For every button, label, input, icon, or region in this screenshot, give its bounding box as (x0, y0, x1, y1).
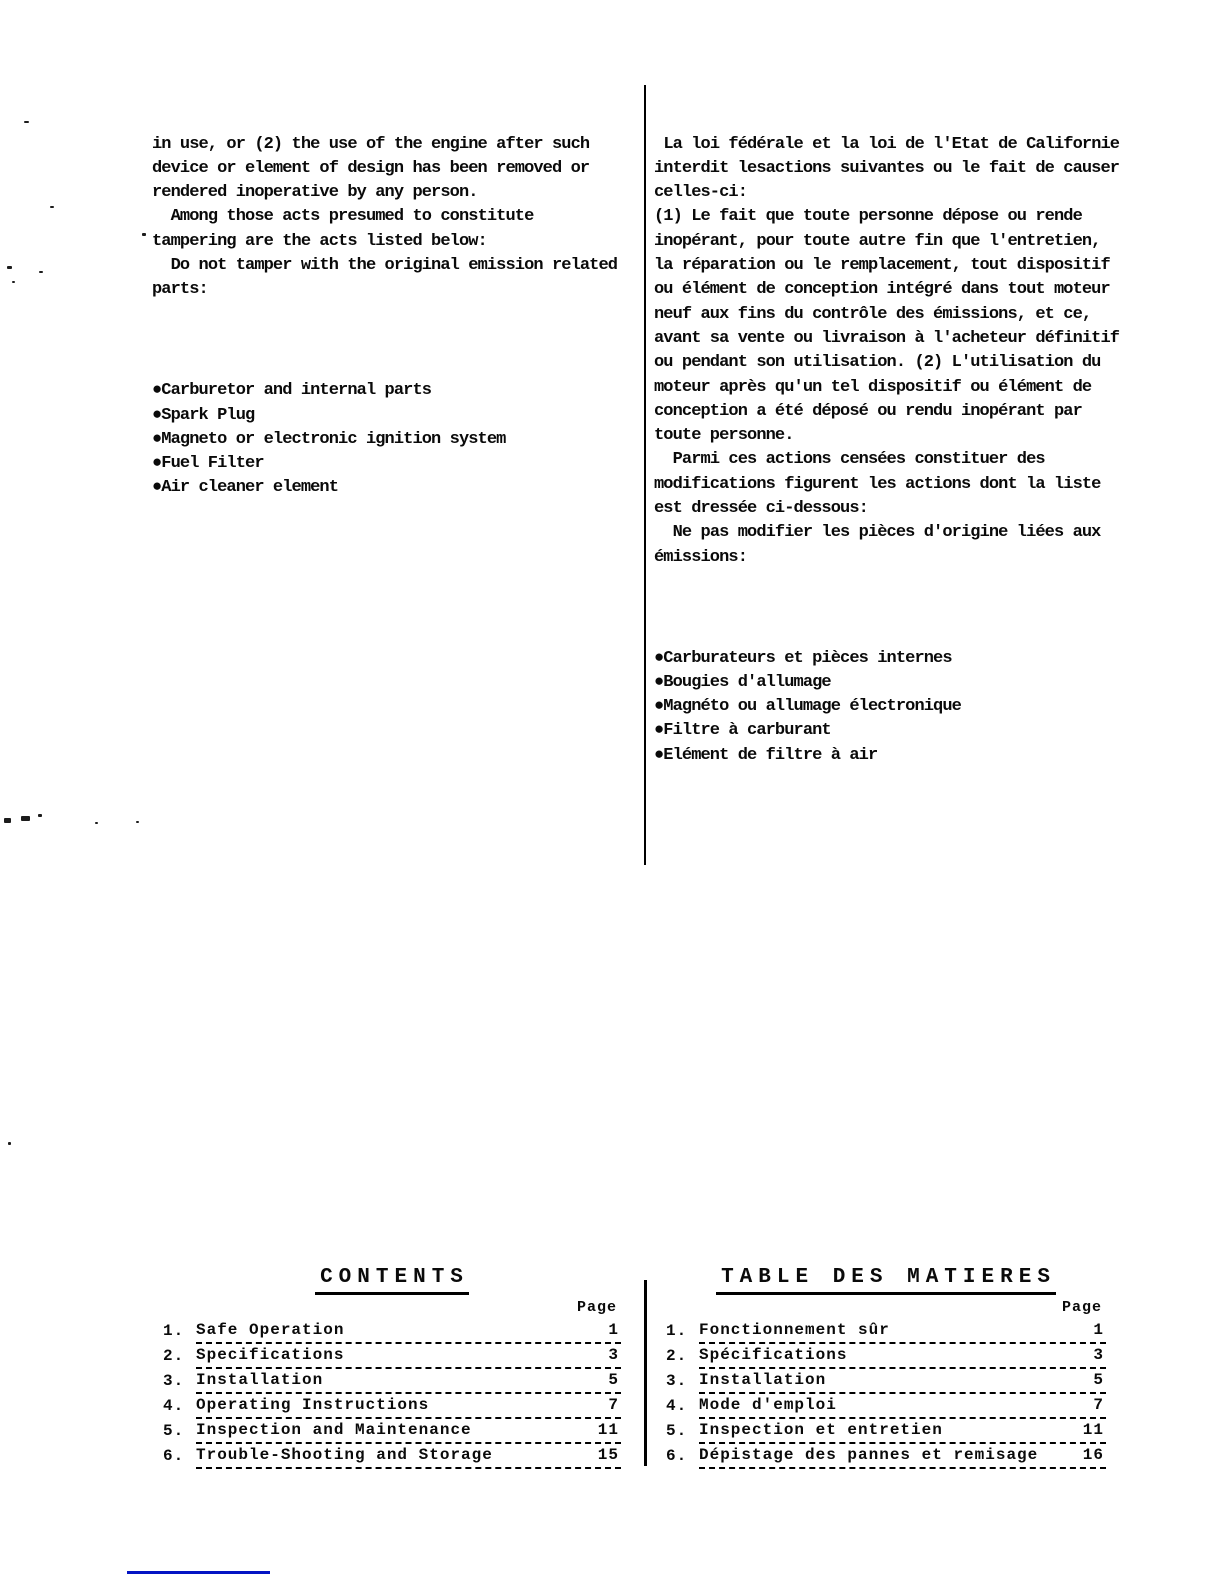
contents-divider (644, 1280, 647, 1466)
scan-speck (12, 281, 15, 283)
toc-leader-line: Specifications 3 (196, 1346, 621, 1369)
toc-item-page: 11 (598, 1421, 621, 1439)
toc-leader-line: Safe Operation 1 (196, 1321, 621, 1344)
toc-row: 1. Safe Operation 1 (163, 1319, 621, 1344)
english-bullet-list: ●Carburetor and internal parts ●Spark Pl… (152, 379, 646, 500)
toc-row: 2. Spécifications 3 (666, 1344, 1106, 1369)
toc-row: 5. Inspection et entretien 11 (666, 1419, 1106, 1444)
english-paragraph: in use, or (2) the use of the engine aft… (152, 133, 646, 303)
toc-item-label: Trouble-Shooting and Storage (196, 1446, 493, 1464)
toc-item-number: 4. (666, 1397, 699, 1419)
toc-leader-line: Operating Instructions 7 (196, 1396, 621, 1419)
toc-item-page: 7 (608, 1396, 621, 1414)
page-column-label: Page (163, 1299, 621, 1317)
scan-speck (142, 233, 146, 236)
toc-item-number: 6. (163, 1447, 196, 1469)
toc-item-number: 5. (666, 1422, 699, 1444)
contents-title: CONTENTS (315, 1266, 469, 1295)
toc-leader-line: Trouble-Shooting and Storage 15 (196, 1446, 621, 1469)
toc-row: 1. Fonctionnement sûr 1 (666, 1319, 1106, 1344)
toc-leader-line: Mode d'emploi 7 (699, 1396, 1106, 1419)
scan-speck (136, 821, 139, 823)
english-column: in use, or (2) the use of the engine aft… (152, 84, 646, 549)
toc-row: 5. Inspection and Maintenance 11 (163, 1419, 621, 1444)
contents-rows: 1. Fonctionnement sûr 1 2. Spécification… (666, 1319, 1106, 1469)
french-column: La loi fédérale et la loi de l'Etat de C… (654, 84, 1136, 817)
toc-item-page: 1 (1093, 1321, 1106, 1339)
toc-leader-line: Spécifications 3 (699, 1346, 1106, 1369)
toc-row: 4. Mode d'emploi 7 (666, 1394, 1106, 1419)
toc-leader-line: Inspection and Maintenance 11 (196, 1421, 621, 1444)
scan-speck (39, 271, 43, 273)
toc-leader-line: Installation 5 (196, 1371, 621, 1394)
toc-item-label: Installation (196, 1371, 323, 1389)
page-column-label: Page (666, 1299, 1106, 1317)
toc-item-page: 1 (608, 1321, 621, 1339)
column-divider (644, 85, 646, 865)
toc-item-label: Mode d'emploi (699, 1396, 837, 1414)
french-bullet-list: ●Carburateurs et pièces internes ●Bougie… (654, 647, 1136, 768)
toc-row: 2. Specifications 3 (163, 1344, 621, 1369)
toc-item-page: 3 (1093, 1346, 1106, 1364)
toc-item-label: Specifications (196, 1346, 344, 1364)
toc-row: 6. Trouble-Shooting and Storage 15 (163, 1444, 621, 1469)
toc-item-page: 7 (1093, 1396, 1106, 1414)
table-des-matieres-title: TABLE DES MATIERES (716, 1266, 1056, 1295)
contents-section-english: CONTENTS Page 1. Safe Operation 1 2. Spe… (163, 1266, 621, 1469)
toc-leader-line: Fonctionnement sûr 1 (699, 1321, 1106, 1344)
contents-title-row: TABLE DES MATIERES (666, 1266, 1106, 1295)
toc-item-label: Dépistage des pannes et remisage (699, 1446, 1038, 1464)
scan-speck (4, 818, 11, 823)
toc-item-page: 3 (608, 1346, 621, 1364)
contents-section-french: TABLE DES MATIERES Page 1. Fonctionnemen… (666, 1266, 1106, 1469)
scan-speck (7, 266, 12, 269)
toc-item-page: 15 (598, 1446, 621, 1464)
manual-page: in use, or (2) the use of the engine aft… (0, 0, 1225, 1585)
toc-item-number: 1. (666, 1322, 699, 1344)
scan-speck (24, 121, 29, 123)
toc-item-label: Safe Operation (196, 1321, 344, 1339)
toc-leader-line: Inspection et entretien 11 (699, 1421, 1106, 1444)
footer-blue-line (127, 1571, 270, 1574)
scan-speck (50, 206, 54, 208)
toc-item-number: 3. (666, 1372, 699, 1394)
toc-item-label: Inspection et entretien (699, 1421, 943, 1439)
toc-item-number: 5. (163, 1422, 196, 1444)
toc-item-page: 5 (608, 1371, 621, 1389)
toc-row: 4. Operating Instructions 7 (163, 1394, 621, 1419)
contents-rows: 1. Safe Operation 1 2. Specifications 3 (163, 1319, 621, 1469)
toc-leader-line: Dépistage des pannes et remisage 16 (699, 1446, 1106, 1469)
scan-speck (95, 822, 98, 824)
scan-speck (38, 814, 42, 817)
toc-item-label: Installation (699, 1371, 826, 1389)
scan-speck (21, 816, 30, 821)
toc-item-label: Operating Instructions (196, 1396, 429, 1414)
toc-item-number: 2. (163, 1347, 196, 1369)
french-paragraph: La loi fédérale et la loi de l'Etat de C… (654, 133, 1136, 570)
toc-item-page: 5 (1093, 1371, 1106, 1389)
toc-item-number: 3. (163, 1372, 196, 1394)
scan-speck (8, 1142, 11, 1145)
toc-item-page: 11 (1083, 1421, 1106, 1439)
toc-row: 6. Dépistage des pannes et remisage 16 (666, 1444, 1106, 1469)
toc-item-label: Inspection and Maintenance (196, 1421, 472, 1439)
toc-item-number: 4. (163, 1397, 196, 1419)
toc-item-label: Fonctionnement sûr (699, 1321, 890, 1339)
toc-row: 3. Installation 5 (666, 1369, 1106, 1394)
toc-item-label: Spécifications (699, 1346, 847, 1364)
toc-row: 3. Installation 5 (163, 1369, 621, 1394)
toc-item-page: 16 (1083, 1446, 1106, 1464)
toc-item-number: 6. (666, 1447, 699, 1469)
contents-title-row: CONTENTS (163, 1266, 621, 1295)
toc-item-number: 1. (163, 1322, 196, 1344)
toc-leader-line: Installation 5 (699, 1371, 1106, 1394)
toc-item-number: 2. (666, 1347, 699, 1369)
